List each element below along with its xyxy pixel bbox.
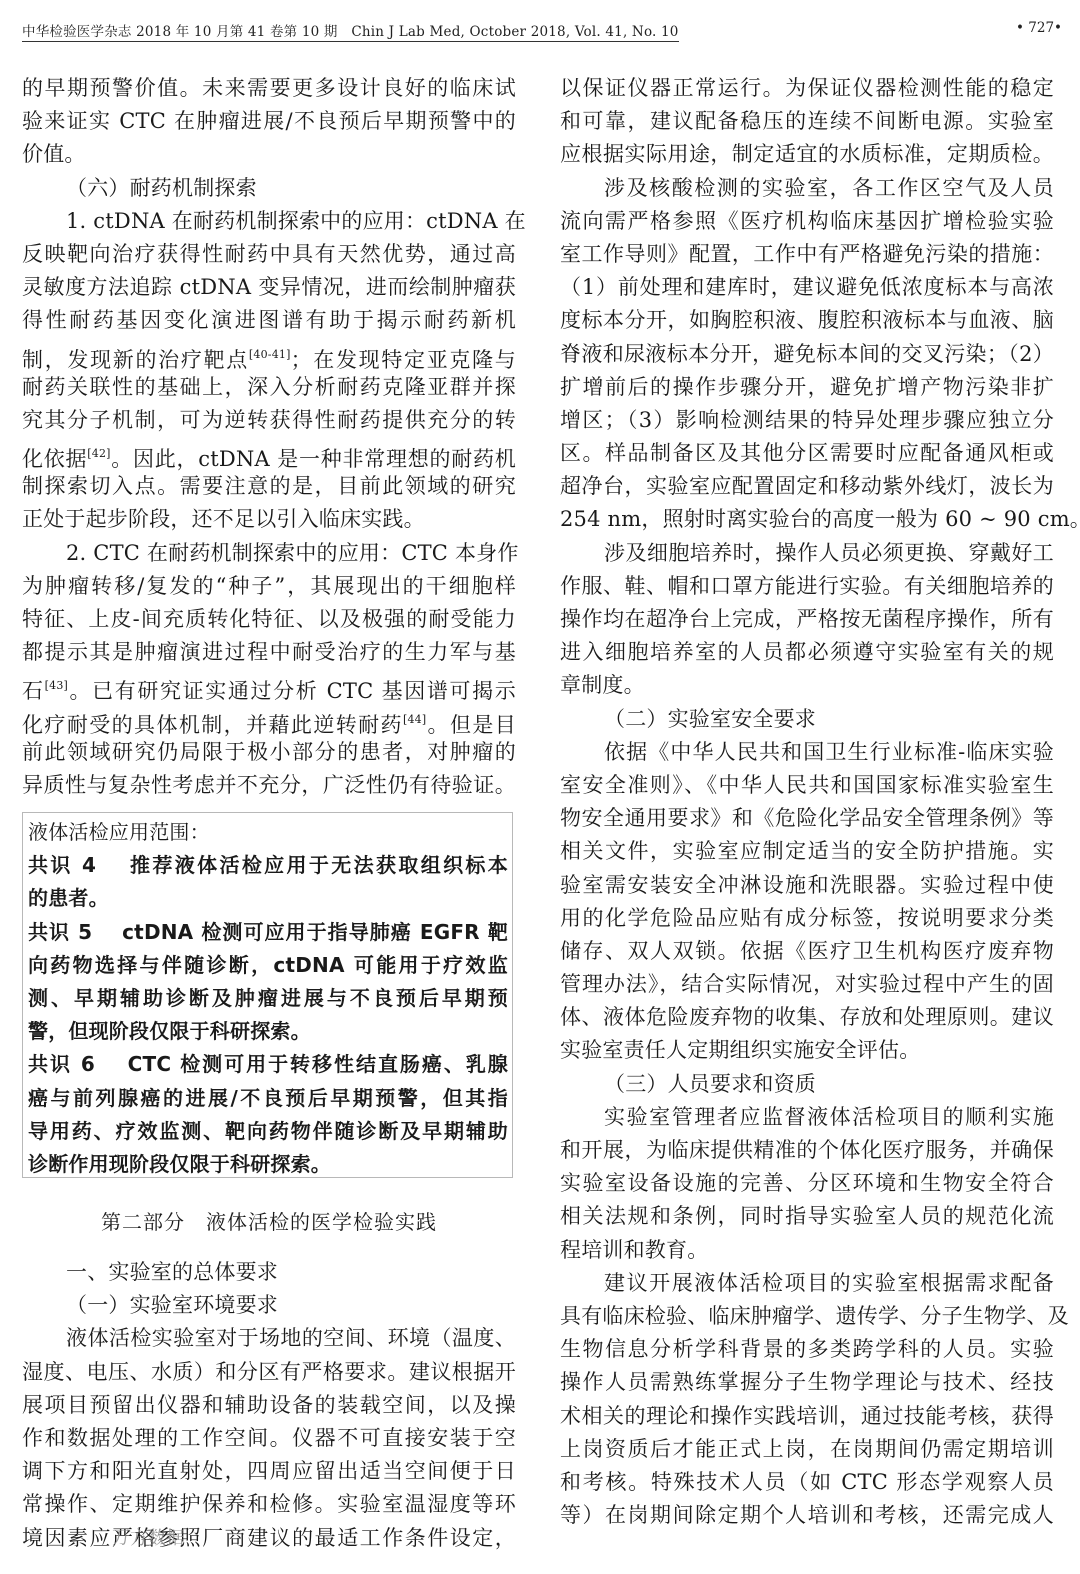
page-number: • 727• <box>1016 20 1062 36</box>
text-line: （六）耐药机制探索 <box>22 172 516 205</box>
text-line: 作服、鞋、帽和口罩方能进行实验。有关细胞培养的 <box>560 570 1054 603</box>
citation-ref: [44] <box>403 713 426 726</box>
text-line: 术相关的理论和操作实践培训，通过技能考核，获得 <box>560 1400 1054 1433</box>
text-line: 建议开展液体活检项目的实验室根据需求配备 <box>560 1267 1054 1300</box>
text-line: 实验室设备设施的完善、分区环境和生物安全符合 <box>560 1167 1054 1200</box>
text-line: 254 nm，照射时离实验台的高度一般为 60 ~ 90 cm。 <box>560 503 1054 536</box>
text-line: 以保证仪器正常运行。为保证仪器检测性能的稳定 <box>560 72 1054 105</box>
text-line: 相关法规和条例，同时指导实验室人员的规范化流 <box>560 1200 1054 1233</box>
citation-ref: [43] <box>45 679 68 692</box>
left-column-top: 的早期预警价值。未来需要更多设计良好的临床试验来证实 CTC 在肿瘤进展/不良预… <box>22 72 516 802</box>
text-line: 2. CTC 在耐药机制探索中的应用：CTC 本身作 <box>22 537 516 570</box>
text-line: 依据《中华人民共和国卫生行业标准-临床实验 <box>560 736 1054 769</box>
text-line: 和考核。特殊技术人员（如 CTC 形态学观察人员 <box>560 1466 1054 1499</box>
text-line: 扩增前后的操作步骤分开，避免扩增产物污染非扩 <box>560 371 1054 404</box>
text-line: 特征、上皮-间充质转化特征、以及极强的耐受能力 <box>22 603 516 636</box>
text-line: 调下方和阳光直射处，四周应留出适当空间便于日 <box>22 1455 516 1488</box>
text-line: 脊液和尿液标本分开，避免标本间的交叉污染；（2） <box>560 338 1054 371</box>
text-line: 液体活检实验室对于场地的空间、环境（温度、 <box>22 1322 516 1355</box>
consensus-line: 导用药、疗效监测、靶向药物伴随诊断及早期辅助 <box>28 1115 508 1148</box>
left-column-bottom: 一、实验室的总体要求（一）实验室环境要求液体活检实验室对于场地的空间、环境（温度… <box>22 1256 516 1555</box>
text-line: 展项目预留出仪器和辅助设备的装载空间，以及操 <box>22 1389 516 1422</box>
text-line: 程培训和教育。 <box>560 1234 1054 1267</box>
text-line: 进入细胞培养室的人员都必须遵守实验室有关的规 <box>560 636 1054 669</box>
consensus-line: 共识 6 CTC 检测可用于转移性结直肠癌、乳腺 <box>28 1048 508 1081</box>
consensus-box: 液体活检应用范围： 共识 4 推荐液体活检应用于无法获取组织标本的患者。共识 5… <box>22 812 513 1178</box>
text-line: 制探索切入点。需要注意的是，目前此领域的研究 <box>22 470 516 503</box>
journal-citation: 中华检验医学杂志 2018 年 10 月第 41 卷第 10 期 Chin J … <box>22 20 679 42</box>
text-line: 实验室管理者应监督液体活检项目的顺利实施 <box>560 1101 1054 1134</box>
text-line: 的早期预警价值。未来需要更多设计良好的临床试 <box>22 72 516 105</box>
text-line: 实验室责任人定期组织实施安全评估。 <box>560 1034 1054 1067</box>
text-line: 室安全准则》、《中华人民共和国国家标准实验室生 <box>560 769 1054 802</box>
consensus-label: 共识 4 <box>28 853 130 877</box>
text-line: 正处于起步阶段，还不足以引入临床实践。 <box>22 503 516 536</box>
watermark: 万方数据 <box>112 1524 184 1550</box>
text-line: 用的化学危险品应贴有成分标签，按说明要求分类 <box>560 902 1054 935</box>
text-line: 异质性与复杂性考虑并不充分，广泛性仍有待验证。 <box>22 769 516 802</box>
consensus-line: 癌与前列腺癌的进展/不良预后早期预警，但其指 <box>28 1082 508 1115</box>
citation-ref: [40-41] <box>249 348 291 361</box>
right-column: 以保证仪器正常运行。为保证仪器检测性能的稳定和可靠，建议配备稳压的连续不间断电源… <box>560 72 1054 1532</box>
text-line: 为肿瘤转移/复发的“种子”，其展现出的干细胞样 <box>22 570 516 603</box>
text-line: 区。样品制备区及其他分区需要时应配备通风柜或 <box>560 437 1054 470</box>
consensus-line: 警，但现阶段仅限于科研探索。 <box>28 1015 508 1048</box>
text-line: 度标本分开，如胸腔积液、腹腔积液标本与血液、脑 <box>560 304 1054 337</box>
text-line: 应根据实际用途，制定适宜的水质标准，定期质检。 <box>560 138 1054 171</box>
consensus-line: 测、早期辅助诊断及肿瘤进展与不良预后早期预 <box>28 982 508 1015</box>
consensus-box-title: 液体活检应用范围： <box>28 816 508 849</box>
consensus-line: 共识 4 推荐液体活检应用于无法获取组织标本 <box>28 849 508 882</box>
text-line: 验室需安装安全冲淋设施和洗眼器。实验过程中使 <box>560 869 1054 902</box>
text-line: 等）在岗期间除定期个人培训和考核，还需完成人 <box>560 1499 1054 1532</box>
text-line: 上岗资质后才能正式上岗，在岗期间仍需定期培训 <box>560 1433 1054 1466</box>
text-line: 究其分子机制，可为逆转获得性耐药提供充分的转 <box>22 404 516 437</box>
text-line: 石[43]。已有研究证实通过分析 CTC 基因谱可揭示 <box>22 669 516 702</box>
text-line: 湿度、电压、水质）和分区有严格要求。建议根据开 <box>22 1356 516 1389</box>
text-line: 灵敏度方法追踪 ctDNA 变异情况，进而绘制肿瘤获 <box>22 271 516 304</box>
text-line: 化依据[42]。因此，ctDNA 是一种非常理想的耐药机 <box>22 437 516 470</box>
consensus-line: 向药物选择与伴随诊断，ctDNA 可能用于疗效监 <box>28 949 508 982</box>
consensus-line: 诊断作用现阶段仅限于科研探索。 <box>28 1148 508 1181</box>
text-line: 储存、双人双锁。依据《医疗卫生机构医疗废弃物 <box>560 935 1054 968</box>
text-line: 物安全通用要求》和《危险化学品安全管理条例》等 <box>560 802 1054 835</box>
citation-ref: [42] <box>87 447 110 460</box>
text-line: 和开展，为临床提供精准的个体化医疗服务，并确保 <box>560 1134 1054 1167</box>
text-line: 都提示其是肿瘤演进过程中耐受治疗的生力军与基 <box>22 636 516 669</box>
text-line: 室工作导则》配置，工作中有严格避免污染的措施： <box>560 238 1054 271</box>
text-line: 一、实验室的总体要求 <box>22 1256 516 1289</box>
text-line: 境因素应严格参照厂商建议的最适工作条件设定， <box>22 1522 516 1555</box>
consensus-line: 的患者。 <box>28 882 508 915</box>
text-line: 生物信息分析学科背景的多类跨学科的人员。实验 <box>560 1333 1054 1366</box>
consensus-line: 共识 5 ctDNA 检测可应用于指导肺癌 EGFR 靶 <box>28 916 508 949</box>
text-line: 反映靶向治疗获得性耐药中具有天然优势，通过高 <box>22 238 516 271</box>
text-line: 体、液体危险废弃物的收集、存放和处理原则。建议 <box>560 1001 1054 1034</box>
text-line: （三）人员要求和资质 <box>560 1068 1054 1101</box>
text-line: 得性耐药基因变化演进图谱有助于揭示耐药新机 <box>22 304 516 337</box>
text-line: 章制度。 <box>560 669 1054 702</box>
text-line: 常操作、定期维护保养和检修。实验室温湿度等环 <box>22 1488 516 1521</box>
text-line: 耐药关联性的基础上，深入分析耐药克隆亚群并探 <box>22 371 516 404</box>
text-line: 化疗耐受的具体机制，并藉此逆转耐药[44]。但是目 <box>22 703 516 736</box>
text-line: 1. ctDNA 在耐药机制探索中的应用：ctDNA 在 <box>22 205 516 238</box>
text-line: 验来证实 CTC 在肿瘤进展/不良预后早期预警中的 <box>22 105 516 138</box>
consensus-label: 共识 6 <box>28 1052 128 1076</box>
text-line: 相关文件，实验室应制定适当的安全防护措施。实 <box>560 835 1054 868</box>
text-line: （二）实验室安全要求 <box>560 703 1054 736</box>
text-line: 流向需严格参照《医疗机构临床基因扩增检验实验 <box>560 205 1054 238</box>
text-line: 具有临床检验、临床肿瘤学、遗传学、分子生物学、及 <box>560 1300 1054 1333</box>
text-line: （1）前处理和建库时，建议避免低浓度标本与高浓 <box>560 271 1054 304</box>
text-line: 制，发现新的治疗靶点[40-41]；在发现特定亚克隆与 <box>22 338 516 371</box>
text-line: 涉及核酸检测的实验室，各工作区空气及人员 <box>560 172 1054 205</box>
text-line: 作和数据处理的工作空间。仪器不可直接安装于空 <box>22 1422 516 1455</box>
text-line: 操作人员需熟练掌握分子生物学理论与技术、经技 <box>560 1366 1054 1399</box>
text-line: 价值。 <box>22 138 516 171</box>
text-line: 前此领域研究仍局限于极小部分的患者，对肿瘤的 <box>22 736 516 769</box>
part-title: 第二部分 液体活检的医学检验实践 <box>22 1206 516 1239</box>
text-line: 管理办法》，结合实际情况，对实验过程中产生的固 <box>560 968 1054 1001</box>
text-line: 增区；（3）影响检测结果的特异处理步骤应独立分 <box>560 404 1054 437</box>
text-line: 和可靠，建议配备稳压的连续不间断电源。实验室 <box>560 105 1054 138</box>
consensus-label: 共识 5 <box>28 920 122 944</box>
running-header: 中华检验医学杂志 2018 年 10 月第 41 卷第 10 期 Chin J … <box>22 20 1062 44</box>
text-line: 超净台，实验室应配置固定和移动紫外线灯，波长为 <box>560 470 1054 503</box>
text-line: 操作均在超净台上完成，严格按无菌程序操作，所有 <box>560 603 1054 636</box>
text-line: （一）实验室环境要求 <box>22 1289 516 1322</box>
text-line: 涉及细胞培养时，操作人员必须更换、穿戴好工 <box>560 537 1054 570</box>
